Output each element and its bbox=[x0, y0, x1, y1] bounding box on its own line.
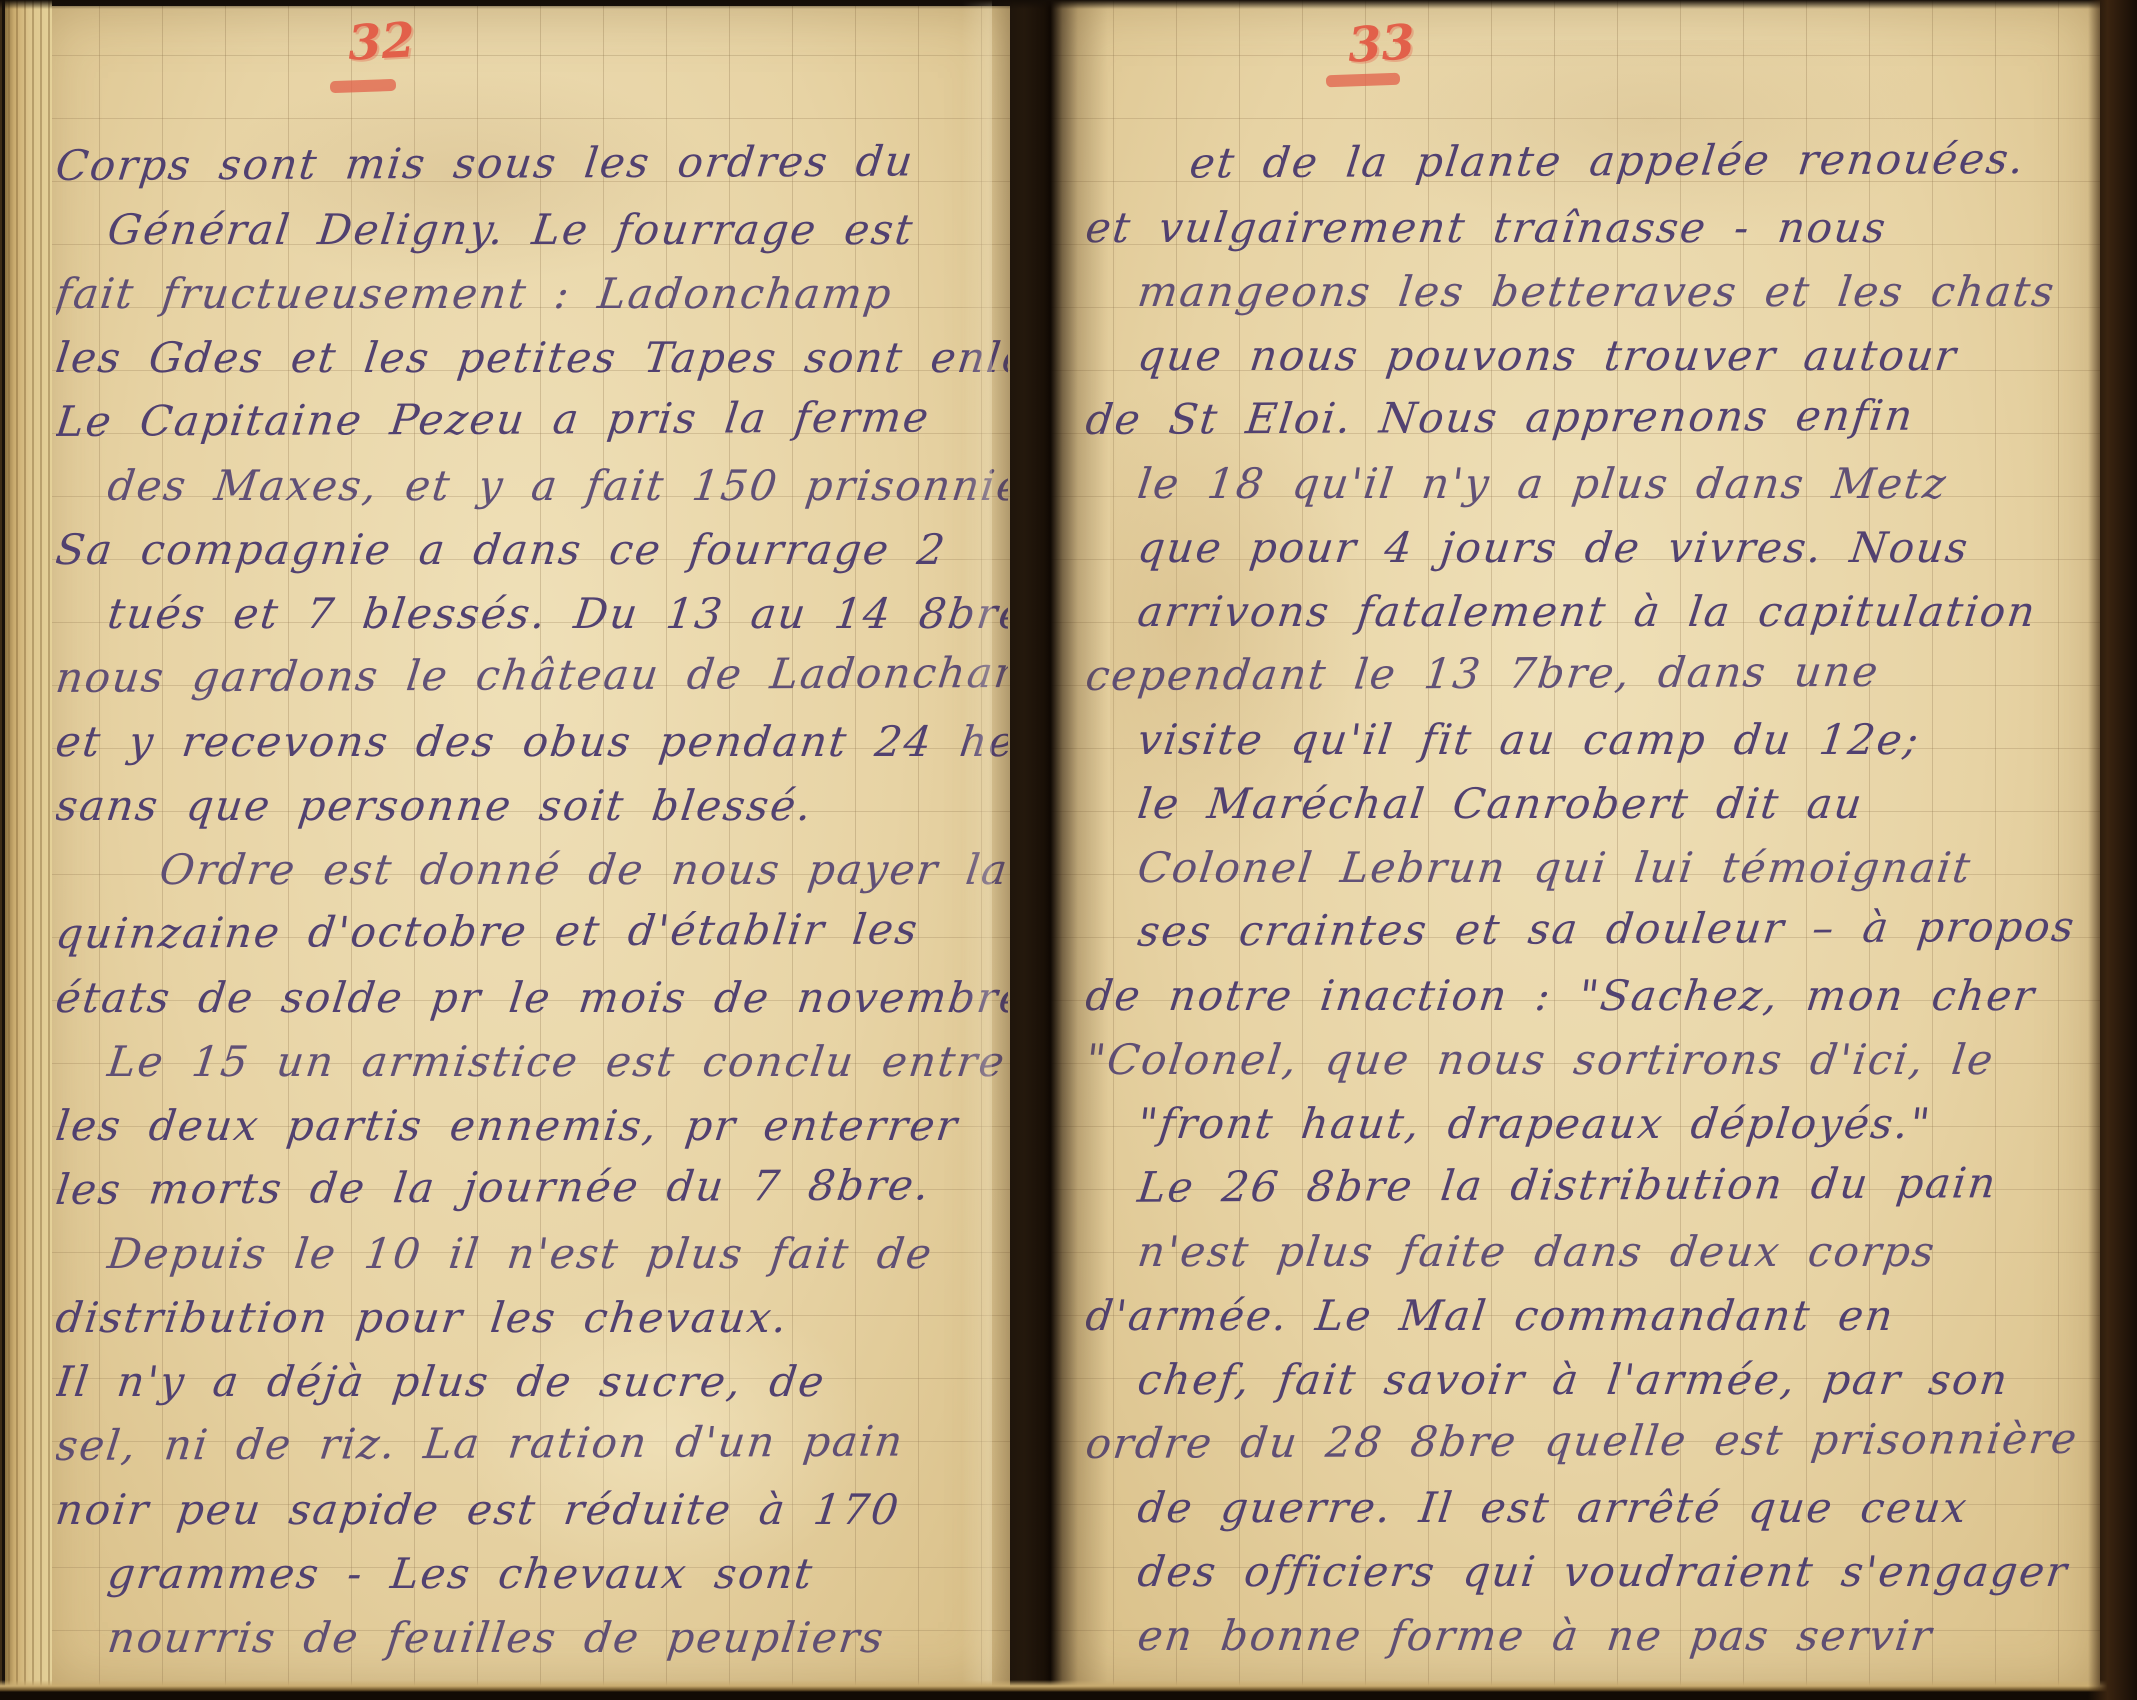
manuscript-line: d'armée. Le Mal commandant en bbox=[1086, 1284, 2094, 1348]
manuscript-line: états de solde pr le mois de novembre bbox=[56, 966, 1008, 1030]
manuscript-line: Il n'y a déjà plus de sucre, de bbox=[56, 1350, 1008, 1414]
manuscript-text-right: et de la plante appelée renouées.et vulg… bbox=[1086, 132, 2094, 1692]
scan-edge-top bbox=[0, 0, 2137, 9]
manuscript-line: Le 15 un armistice est conclu entre bbox=[56, 1030, 1008, 1094]
manuscript-line: "front haut, drapeaux déployés." bbox=[1086, 1092, 2094, 1156]
manuscript-line: distribution pour les chevaux. bbox=[56, 1286, 1008, 1350]
manuscript-line: le Maréchal Canrobert dit au bbox=[1086, 772, 2094, 836]
manuscript-line: Colonel Lebrun qui lui témoignait bbox=[1086, 836, 2094, 900]
manuscript-line: de guerre. Il est arrêté que ceux bbox=[1086, 1476, 2094, 1540]
manuscript-line: grammes - Les chevaux sont bbox=[56, 1542, 1008, 1606]
manuscript-line: et de la plante appelée renouées. bbox=[1086, 132, 2094, 196]
page-number-left: 32 bbox=[347, 12, 417, 71]
manuscript-line: n'est plus faite dans deux corps bbox=[1086, 1220, 2094, 1284]
manuscript-line: quinzaine d'octobre et d'établir les bbox=[56, 897, 1008, 966]
manuscript-line: Général Deligny. Le fourrage est bbox=[56, 198, 1008, 262]
scan-edge-right bbox=[2088, 0, 2137, 1700]
manuscript-line: Le 26 8bre la distribution du pain bbox=[1086, 1151, 2094, 1220]
manuscript-line: arrivons fatalement à la capitulation bbox=[1086, 580, 2094, 644]
manuscript-line: "Colonel, que nous sortirons d'ici, le bbox=[1086, 1028, 2094, 1092]
manuscript-line: et vulgairement traînasse - nous bbox=[1086, 196, 2094, 260]
manuscript-line: mangeons les betteraves et les chats bbox=[1086, 260, 2094, 324]
manuscript-line: des Maxes, et y a fait 150 prisonniers bbox=[56, 454, 1008, 518]
manuscript-line: sans que personne soit blessé. bbox=[56, 774, 1008, 838]
manuscript-line: de St Eloi. Nous apprenons enfin bbox=[1086, 383, 2094, 452]
manuscript-line: noir peu sapide est réduite à 170 bbox=[56, 1478, 1008, 1542]
page-number-right-underline bbox=[1326, 73, 1400, 88]
manuscript-text-left: Corps sont mis sous les ordres duGénéral… bbox=[56, 134, 1008, 1690]
manuscript-line: les Gdes et les petites Tapes sont enlev… bbox=[56, 326, 1008, 390]
manuscript-line: Le Capitaine Pezeu a pris la ferme bbox=[56, 385, 1008, 454]
manuscript-line: Corps sont mis sous les ordres du bbox=[56, 134, 1008, 198]
manuscript-line: et y recevons des obus pendant 24 heures bbox=[56, 710, 1008, 774]
book-spread: 32 33 Corps sont mis sous les ordres duG… bbox=[0, 0, 2137, 1700]
manuscript-line: ses craintes et sa douleur – à propos bbox=[1086, 895, 2094, 964]
manuscript-line: les deux partis ennemis, pr enterrer bbox=[56, 1094, 1008, 1158]
book-fore-edge-left bbox=[0, 0, 52, 1700]
page-number-right: 33 bbox=[1347, 14, 1417, 73]
manuscript-line: tués et 7 blessés. Du 13 au 14 8bre bbox=[56, 582, 1008, 646]
manuscript-line: que nous pouvons trouver autour bbox=[1086, 324, 2094, 388]
page-number-left-underline bbox=[330, 79, 396, 93]
scan-edge-bottom bbox=[0, 1680, 2137, 1700]
manuscript-line: chef, fait savoir à l'armée, par son bbox=[1086, 1348, 2094, 1412]
manuscript-line: sel, ni de riz. La ration d'un pain bbox=[56, 1409, 1008, 1478]
manuscript-line: visite qu'il fit au camp du 12e; bbox=[1086, 708, 2094, 772]
manuscript-line: Depuis le 10 il n'est plus fait de bbox=[56, 1222, 1008, 1286]
manuscript-line: nourris de feuilles de peupliers bbox=[56, 1606, 1008, 1670]
manuscript-line: le 18 qu'il n'y a plus dans Metz bbox=[1086, 452, 2094, 516]
binding-gutter-shadow bbox=[988, 0, 1108, 1700]
manuscript-line: nous gardons le château de Ladonchamp bbox=[56, 641, 1008, 710]
manuscript-line: en bonne forme à ne pas servir bbox=[1086, 1604, 2094, 1668]
manuscript-line: les morts de la journée du 7 8bre. bbox=[56, 1153, 1008, 1222]
manuscript-line: que pour 4 jours de vivres. Nous bbox=[1086, 516, 2094, 580]
manuscript-line: cependant le 13 7bre, dans une bbox=[1086, 639, 2094, 708]
manuscript-line: des officiers qui voudraient s'engager bbox=[1086, 1540, 2094, 1604]
manuscript-line: fait fructueusement : Ladonchamp bbox=[56, 262, 1008, 326]
manuscript-line: de notre inaction : "Sachez, mon cher bbox=[1086, 964, 2094, 1028]
manuscript-line: Sa compagnie a dans ce fourrage 2 bbox=[56, 518, 1008, 582]
manuscript-line: ordre du 28 8bre quelle est prisonnière bbox=[1086, 1407, 2094, 1476]
manuscript-line: Ordre est donné de nous payer la 2e bbox=[56, 838, 1008, 902]
